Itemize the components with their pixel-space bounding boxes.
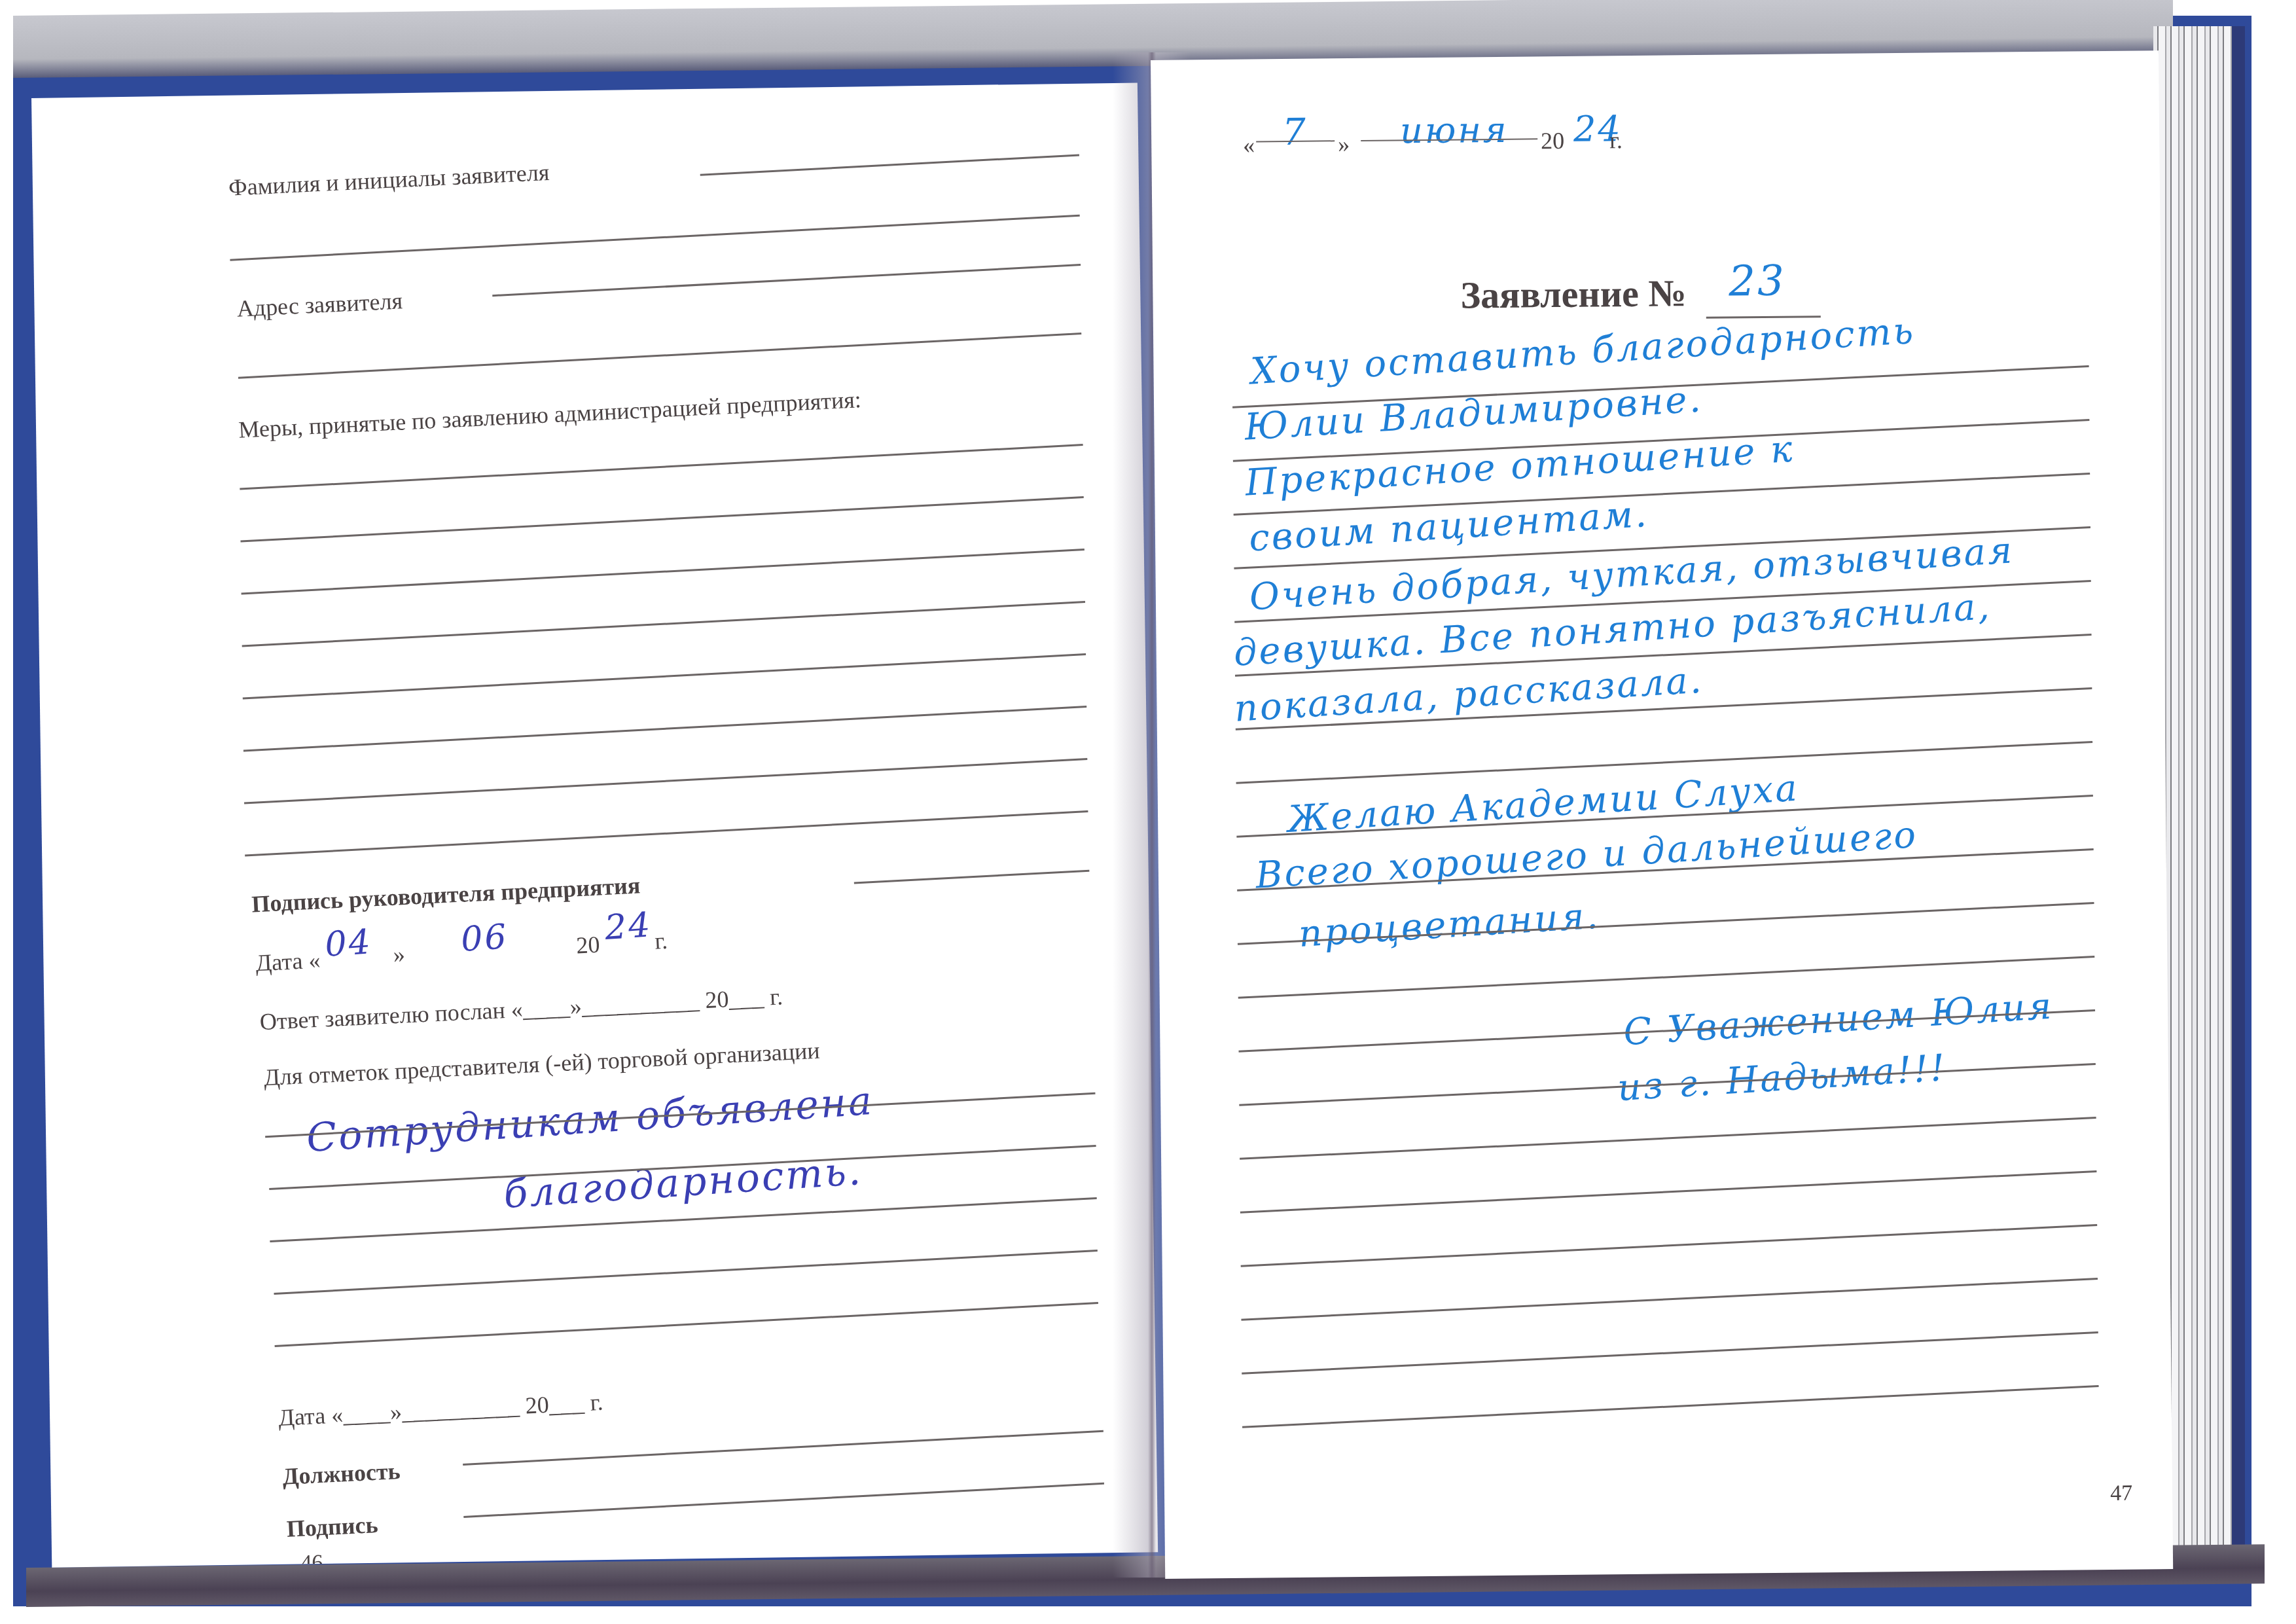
date-day: 7 — [1282, 111, 1308, 154]
applicant-name-line-2 — [230, 215, 1079, 261]
ruled-line-17 — [1241, 1224, 2098, 1267]
right-page-number: 47 — [2110, 1481, 2132, 1506]
date-suffix: г. — [1609, 126, 1623, 154]
representative-note-line-2: благодарность. — [502, 1148, 864, 1218]
manager-date-suffix: г. — [654, 927, 668, 955]
signature-line — [463, 1483, 1104, 1518]
representative-line-5 — [275, 1302, 1098, 1347]
measures-line-2 — [240, 496, 1083, 543]
date-open-quote: « — [1243, 131, 1255, 158]
manager-date-month: 06 — [459, 917, 509, 960]
bottom-date-label: Дата «____»__________ 20___ г. — [278, 1388, 603, 1432]
representative-label: Для отметок представителя (-ей) торговой… — [263, 1037, 820, 1091]
date-close-quote: » — [1338, 130, 1350, 158]
signature-label: Подпись — [286, 1511, 379, 1543]
measures-line-7 — [244, 758, 1087, 804]
applicant-name-line — [700, 154, 1079, 175]
manager-date-mid: » — [393, 941, 406, 969]
applicant-address-line — [492, 264, 1081, 297]
measures-line-4 — [242, 601, 1085, 647]
right-page: « 7 » июня 20 24 г. Заявление № 23 Хочу … — [1151, 50, 2173, 1579]
ruled-line-15 — [1240, 1117, 2096, 1160]
representative-line-4 — [274, 1250, 1097, 1295]
ruled-line-16 — [1240, 1170, 2097, 1214]
measures-line-3 — [242, 549, 1085, 595]
wishes-line-3: процветания. — [1297, 894, 1601, 955]
ruled-line-19 — [1242, 1331, 2098, 1375]
position-label: Должность — [282, 1457, 401, 1490]
applicant-address-line-2 — [238, 333, 1081, 379]
measures-line-1 — [240, 444, 1083, 490]
applicant-name-label: Фамилия и инициалы заявителя — [228, 158, 550, 202]
manager-signature-label: Подпись руководителя предприятия — [251, 871, 641, 918]
measures-line-5 — [243, 653, 1086, 700]
measures-label: Меры, принятые по заявлению администраци… — [238, 386, 861, 443]
statement-number: 23 — [1729, 257, 1786, 306]
manager-date-prefix: Дата « — [255, 947, 321, 977]
manager-date-year: 24 — [603, 905, 653, 948]
manager-date-year-prefix: 20 — [575, 931, 600, 960]
closing-line-1: С Уважением Юлия — [1623, 985, 2055, 1055]
measures-line-6 — [243, 706, 1086, 752]
measures-line-8 — [245, 810, 1088, 857]
date-year-prefix: 20 — [1541, 127, 1564, 154]
statement-title: Заявление № — [1460, 271, 1687, 317]
position-line — [463, 1430, 1103, 1466]
manager-date-day: 04 — [324, 922, 374, 965]
manager-signature-line — [854, 870, 1090, 884]
reply-sent-label: Ответ заявителю послан «____»__________ … — [259, 983, 783, 1036]
ruled-line-18 — [1241, 1278, 2098, 1321]
left-page: Фамилия и инициалы заявителя Адрес заяви… — [31, 82, 1158, 1567]
applicant-address-label: Адрес заявителя — [236, 287, 403, 322]
date-month: июня — [1400, 109, 1509, 152]
body-line-1: Хочу оставить благодарность — [1249, 310, 1916, 393]
ruled-line-20 — [1242, 1385, 2099, 1428]
